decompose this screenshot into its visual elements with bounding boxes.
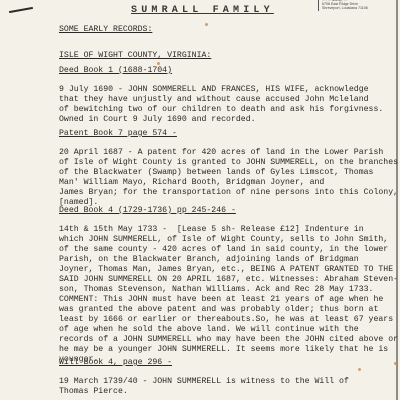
margin-pen-mark [9,7,33,13]
text-line: Thomas Pierce. [59,387,128,398]
county-heading: ISLE OF WIGHT COUNTY, VIRGINIA: [59,51,211,62]
comment-line: he may be a younger JOHN SUMMERELL. It s… [59,345,388,356]
section-heading: Deed Book 4 (1729-1736) pp 245-246 - [59,206,236,217]
stain-speck [394,362,397,365]
records-subtitle: SOME EARLY RECORDS: [59,25,152,36]
document-page: SUMRALL FAMILY …, … &amp; … 6708 East Ri… [0,0,400,400]
stain-speck [157,62,160,65]
section-heading: Patent Book 7 page 574 - [59,129,177,140]
text-line: James Bryan; for the transportation of n… [59,188,398,199]
stamp-line: Shreveport, Louisiana 71106 [322,6,400,10]
section-heading: Deed Book 1 (1688-1704) [59,66,172,77]
section-heading: Will Book 4, page 296 - [59,358,172,369]
address-stamp: …, … &amp; … 6708 East Ridge Drive Shrev… [318,0,400,11]
stain-speck [358,368,361,371]
document-title: SUMRALL FAMILY [131,5,274,16]
stain-speck [205,23,208,26]
text-line: Owned in Court 9 July 1690 and recorded. [59,115,256,126]
